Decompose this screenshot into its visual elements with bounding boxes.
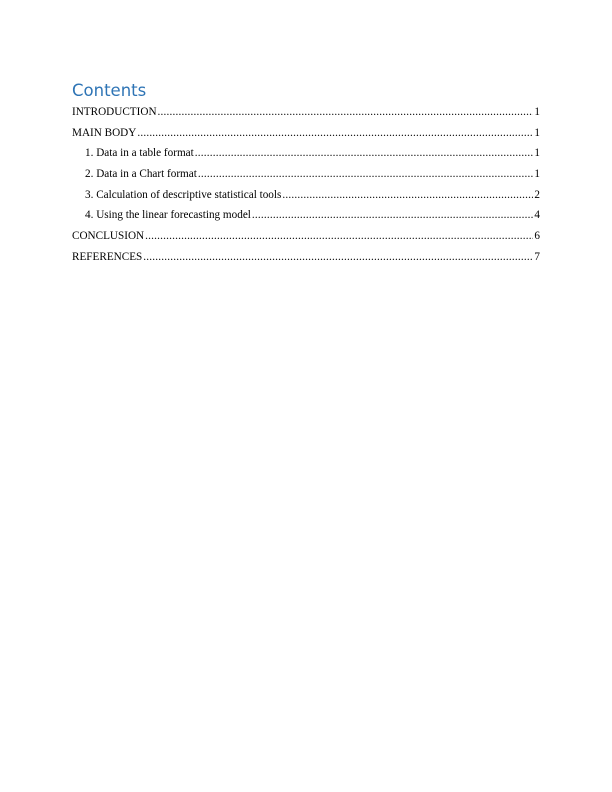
toc-page-number: 6 xyxy=(534,226,540,247)
toc-entry-label: CONCLUSION xyxy=(72,226,144,247)
toc-page-number: 1 xyxy=(534,102,540,123)
toc-entry-label: MAIN BODY xyxy=(72,123,136,144)
toc-page-number: 1 xyxy=(534,164,540,185)
toc-entry-label: 2. Data in a Chart format xyxy=(85,164,197,185)
toc-page-number: 7 xyxy=(534,247,540,268)
table-of-contents: INTRODUCTION 1 MAIN BODY 1 1. Data in a … xyxy=(72,102,540,268)
dot-leader xyxy=(195,143,534,164)
dot-leader xyxy=(282,185,533,206)
toc-page-number: 1 xyxy=(534,123,540,144)
dot-leader xyxy=(252,205,534,226)
dot-leader xyxy=(198,164,534,185)
toc-heading: Contents xyxy=(72,81,146,101)
toc-page-number: 2 xyxy=(534,185,540,206)
toc-page-number: 1 xyxy=(534,143,540,164)
toc-page-number: 4 xyxy=(534,205,540,226)
dot-leader xyxy=(137,123,533,144)
toc-entry-descriptive-statistics[interactable]: 3. Calculation of descriptive statistica… xyxy=(72,185,540,206)
toc-entry-label: INTRODUCTION xyxy=(72,102,157,123)
toc-entry-conclusion[interactable]: CONCLUSION 6 xyxy=(72,226,540,247)
toc-entry-data-table-format[interactable]: 1. Data in a table format 1 xyxy=(72,143,540,164)
toc-entry-label: 3. Calculation of descriptive statistica… xyxy=(85,185,281,206)
toc-entry-main-body[interactable]: MAIN BODY 1 xyxy=(72,123,540,144)
document-page: Contents INTRODUCTION 1 MAIN BODY 1 1. D… xyxy=(0,0,612,792)
dot-leader xyxy=(145,226,533,247)
toc-entry-label: 1. Data in a table format xyxy=(85,143,194,164)
toc-entry-data-chart-format[interactable]: 2. Data in a Chart format 1 xyxy=(72,164,540,185)
toc-entry-label: REFERENCES xyxy=(72,247,142,268)
toc-entry-references[interactable]: REFERENCES 7 xyxy=(72,247,540,268)
toc-entry-label: 4. Using the linear forecasting model xyxy=(85,205,251,226)
toc-entry-introduction[interactable]: INTRODUCTION 1 xyxy=(72,102,540,123)
toc-entry-linear-forecasting[interactable]: 4. Using the linear forecasting model 4 xyxy=(72,205,540,226)
dot-leader xyxy=(158,102,534,123)
dot-leader xyxy=(143,247,533,268)
